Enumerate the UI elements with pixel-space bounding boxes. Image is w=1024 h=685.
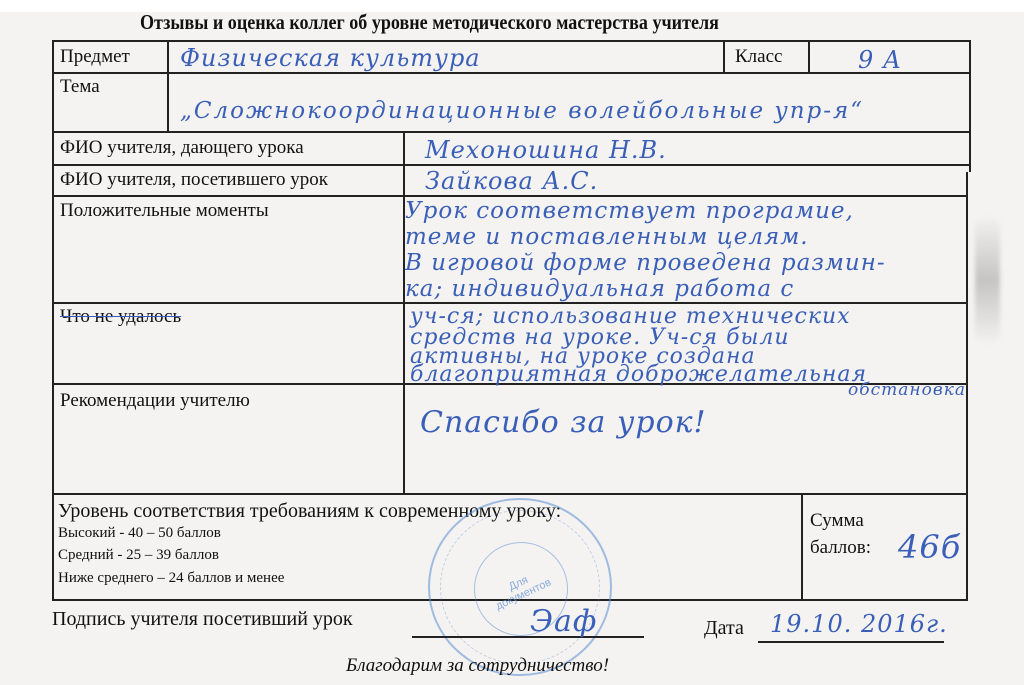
col-divider-main [403,131,405,494]
footer-thanks: Благодарим за сотрудничество! [346,655,609,677]
date-label: Дата [704,617,744,639]
table-border-top [52,40,971,42]
positive-line-1: Урок соответствует програмие, [405,198,854,224]
failed-label: Что не удалось [60,306,181,328]
sum-value: 46б [898,528,961,566]
positive-line-2: теме и поставленным целям. [405,224,809,250]
table-border-right-lower [966,172,968,601]
school-stamp: Для документов [428,498,612,676]
teacher-giving-value: Мехоношина Н.В. [425,136,667,164]
col-divider-class-right [808,40,810,73]
row-divider-4 [52,195,968,197]
row-divider-7 [52,493,968,495]
topic-value: „Сложнокоординационные волейбольные упр-… [180,98,864,124]
level-medium: Средний - 25 – 39 баллов [58,546,219,564]
signature-mark: Эаф [530,604,597,639]
subject-label: Предмет [60,46,130,68]
sum-label-2: баллов: [810,537,871,559]
sum-label-1: Сумма [810,510,864,532]
form-title: Отзывы и оценка коллег об уровне методич… [140,8,828,36]
positive-label: Положительные моменты [60,200,269,222]
row-divider-3 [52,164,969,166]
col-divider-sum [801,493,803,601]
positive-line-3: В игровой форме проведена размин- [405,250,886,276]
subject-value: Физическая культура [180,44,481,72]
row-divider-2 [52,131,971,133]
date-value: 19.10. 2016г. [770,610,948,638]
level-low: Ниже среднего – 24 баллов и менее [58,569,284,587]
col-divider-class-left [723,40,725,73]
table-border-right [969,40,971,172]
level-high: Высокий - 40 – 50 баллов [58,524,221,542]
grade-value: 9 А [858,46,902,74]
scan-smudge [975,215,1000,345]
teacher-visiting-label: ФИО учителя, посетившего урок [60,169,328,191]
row-divider-1 [52,72,971,74]
recommendations-value: Спасибо за урок! [420,405,707,440]
recommendations-label: Рекомендации учителю [60,390,250,412]
grade-label: Класс [735,46,782,68]
signature-line [412,636,644,638]
col-divider-subject [167,40,169,132]
failed-line-4: благоприятная доброжелательная [410,362,867,387]
topic-label: Тема [60,76,100,98]
date-line [758,641,944,643]
positive-line-4: ка; индивидуальная работа с [405,276,794,302]
failed-extra: обстановка [848,380,966,400]
teacher-giving-label: ФИО учителя, дающего урока [60,137,304,159]
table-border-left [52,40,54,601]
teacher-visiting-value: Зайкова А.С. [425,167,598,195]
signature-label: Подпись учителя посетивший урок [52,608,353,630]
